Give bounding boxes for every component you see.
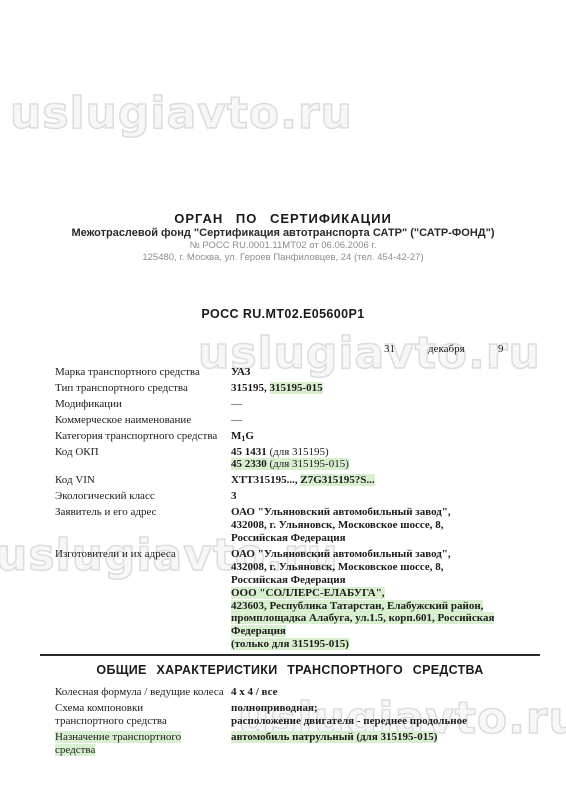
- field-label: Заявитель и его адрес: [55, 506, 231, 545]
- field-value: 45 1431 (для 315195)45 2330 (для 315195-…: [231, 446, 546, 472]
- field-value-line: ОАО "Ульяновский автомобильный завод",: [231, 506, 546, 519]
- field-value-line: 45 1431 (для 315195): [231, 446, 546, 459]
- certification-body-header: ОРГАН ПО СЕРТИФИКАЦИИ Межотраслевой фонд…: [0, 211, 566, 263]
- field-value: ОАО "Ульяновский автомобильный завод",43…: [231, 506, 546, 545]
- field-text-segment: 45 2330: [231, 458, 267, 470]
- field-value-line: 45 2330 (для 315195-015): [231, 458, 546, 471]
- org-subtitle: Межотраслевой фонд "Сертификация автотра…: [0, 226, 566, 240]
- field-text-segment: 4 х 4 / все: [231, 686, 278, 698]
- field-row: Модификации—: [55, 398, 546, 411]
- date-year-digit: 9: [498, 343, 504, 355]
- field-value-line: (только для 315195-015): [231, 638, 546, 651]
- field-value: —: [231, 414, 546, 427]
- field-value-line: автомобиль патрульный (для 315195-015): [231, 731, 546, 744]
- field-text-segment: G: [245, 430, 254, 442]
- field-value: УАЗ: [231, 366, 546, 379]
- field-label: Колесная формула / ведущие колеса: [55, 686, 231, 699]
- org-address: 125480, г. Москва, ул. Героев Панфиловце…: [0, 252, 566, 264]
- field-value: 315195, 315195-015: [231, 382, 546, 395]
- field-label-text: Колесная формула / ведущие колеса: [55, 686, 224, 698]
- field-text-segment: 432008, г. Ульяновск, Московское шоссе, …: [231, 561, 444, 573]
- field-text-segment: автомобиль патрульный (для 315195-015): [231, 731, 437, 743]
- general-characteristics-title: ОБЩИЕ ХАРАКТЕРИСТИКИ ТРАНСПОРТНОГО СРЕДС…: [40, 663, 540, 677]
- field-label-text: Марка транспортного средства: [55, 366, 200, 378]
- field-label: Марка транспортного средства: [55, 366, 231, 379]
- field-text-segment: Российская Федерация: [231, 574, 346, 586]
- field-label: Схема компоновкитранспортного средства: [55, 702, 231, 728]
- field-value: автомобиль патрульный (для 315195-015): [231, 731, 546, 757]
- field-value-line: ОАО "Ульяновский автомобильный завод",: [231, 548, 546, 561]
- field-text-segment: 315195,: [231, 382, 270, 394]
- field-value-line: —: [231, 414, 546, 427]
- field-text-segment: 3: [231, 490, 237, 502]
- field-label-text: Код ОКП: [55, 446, 99, 458]
- field-value: M1G: [231, 430, 546, 443]
- field-value: ОАО "Ульяновский автомобильный завод",43…: [231, 548, 546, 651]
- field-label-text: Модификации: [55, 398, 122, 410]
- vehicle-fields-rows: Марка транспортного средстваУАЗТип транс…: [55, 366, 546, 651]
- field-value: полноприводная;расположение двигателя - …: [231, 702, 546, 728]
- field-label-text: Заявитель и его адрес: [55, 506, 157, 518]
- field-value-line: расположение двигателя - переднее продол…: [231, 715, 546, 728]
- field-value-line: УАЗ: [231, 366, 546, 379]
- section-divider: [40, 654, 540, 656]
- field-label-text: средства: [55, 744, 95, 756]
- field-text-segment: полноприводная;: [231, 702, 318, 714]
- field-row: Назначение транспортногосредстваавтомоби…: [55, 731, 546, 757]
- org-title: ОРГАН ПО СЕРТИФИКАЦИИ: [0, 211, 566, 226]
- field-value-line: 432008, г. Ульяновск, Московское шоссе, …: [231, 561, 546, 574]
- certificate-number: РОСС RU.MT02.E05600P1: [0, 307, 566, 321]
- date-day: 31: [384, 343, 395, 355]
- field-row: Колесная формула / ведущие колеса4 х 4 /…: [55, 686, 546, 699]
- field-value-line: 4 х 4 / все: [231, 686, 546, 699]
- field-value-line: 432008, г. Ульяновск, Московское шоссе, …: [231, 519, 546, 532]
- field-row: Тип транспортного средства315195, 315195…: [55, 382, 546, 395]
- field-value-line: XTT315195..., Z7G315195?S...: [231, 474, 546, 487]
- field-text-segment: —: [231, 398, 242, 410]
- field-label-text: Коммерческое наименование: [55, 414, 191, 426]
- field-text-segment: —: [231, 414, 242, 426]
- field-row: Схема компоновкитранспортного средствапо…: [55, 702, 546, 728]
- document-page: { "watermark": { "text": "uslugiavto.ru"…: [0, 0, 566, 800]
- field-text-segment: ОАО "Ульяновский автомобильный завод",: [231, 548, 451, 560]
- field-text-segment: промплощадка Алабуга, ул.1.5, корп.601, …: [231, 612, 494, 637]
- field-text-segment: 45 1431: [231, 446, 267, 458]
- field-label: Тип транспортного средства: [55, 382, 231, 395]
- field-value-line: —: [231, 398, 546, 411]
- field-label: Изготовители и их адреса: [55, 548, 231, 651]
- field-label: Код ОКП: [55, 446, 231, 472]
- field-text-segment: ООО "СОЛЛЕРС-ЕЛАБУГА",: [231, 587, 385, 599]
- field-row: Код VINXTT315195..., Z7G315195?S...: [55, 474, 546, 487]
- field-text-segment: XTT315195...,: [231, 474, 300, 486]
- general-characteristics-rows: Колесная формула / ведущие колеса4 х 4 /…: [55, 686, 546, 757]
- field-value-line: 315195, 315195-015: [231, 382, 546, 395]
- field-label-text: Схема компоновки: [55, 702, 143, 714]
- field-value: XTT315195..., Z7G315195?S...: [231, 474, 546, 487]
- field-row: Заявитель и его адресОАО "Ульяновский ав…: [55, 506, 546, 545]
- field-text-segment: (для 315195): [267, 446, 329, 458]
- field-value-line: 423603, Республика Татарстан, Елабужский…: [231, 600, 546, 613]
- field-label-text: Тип транспортного средства: [55, 382, 188, 394]
- field-row: Изготовители и их адресаОАО "Ульяновский…: [55, 548, 546, 651]
- watermark-top: uslugiavto.ru: [10, 88, 353, 139]
- field-text-segment: расположение двигателя - переднее продол…: [231, 715, 467, 727]
- field-text-segment: ОАО "Ульяновский автомобильный завод",: [231, 506, 451, 518]
- field-text-segment: 432008, г. Ульяновск, Московское шоссе, …: [231, 519, 444, 531]
- field-label-text: Код VIN: [55, 474, 95, 486]
- field-value-line: полноприводная;: [231, 702, 546, 715]
- field-value-line: промплощадка Алабуга, ул.1.5, корп.601, …: [231, 612, 546, 638]
- field-value-line: 3: [231, 490, 546, 503]
- field-text-segment: УАЗ: [231, 366, 250, 378]
- field-value: —: [231, 398, 546, 411]
- org-registration-number: № РОСС RU.0001.11МТ02 от 06.06.2006 г.: [0, 240, 566, 252]
- field-text-segment: M: [231, 430, 241, 442]
- field-label-text: транспортного средства: [55, 715, 167, 727]
- field-text-segment: (только для 315195-015): [231, 638, 349, 650]
- field-label: Категория транспортного средства: [55, 430, 231, 443]
- field-value-line: Российская Федерация: [231, 532, 546, 545]
- field-row: Экологический класс3: [55, 490, 546, 503]
- field-value-line: Российская Федерация: [231, 574, 546, 587]
- field-label: Экологический класс: [55, 490, 231, 503]
- field-value: 3: [231, 490, 546, 503]
- field-text-segment: Z7G315195?S...: [300, 474, 374, 486]
- date-month: декабря: [428, 343, 465, 355]
- field-text-segment: (для 315195-015): [267, 458, 349, 470]
- field-row: Категория транспортного средстваM1G: [55, 430, 546, 443]
- field-row: Коммерческое наименование—: [55, 414, 546, 427]
- field-label-text: Категория транспортного средства: [55, 430, 217, 442]
- field-text-segment: 315195-015: [270, 382, 323, 394]
- field-row: Марка транспортного средстваУАЗ: [55, 366, 546, 379]
- field-value-line: M1G: [231, 430, 546, 443]
- field-label: Коммерческое наименование: [55, 414, 231, 427]
- field-label: Модификации: [55, 398, 231, 411]
- field-row: Код ОКП45 1431 (для 315195)45 2330 (для …: [55, 446, 546, 472]
- field-text-segment: Российская Федерация: [231, 532, 346, 544]
- field-text-segment: 423603, Республика Татарстан, Елабужский…: [231, 600, 483, 612]
- field-value-line: ООО "СОЛЛЕРС-ЕЛАБУГА",: [231, 587, 546, 600]
- field-label-text: Экологический класс: [55, 490, 155, 502]
- field-label: Код VIN: [55, 474, 231, 487]
- field-value: 4 х 4 / все: [231, 686, 546, 699]
- vehicle-fields-table: Марка транспортного средстваУАЗТип транс…: [55, 366, 546, 760]
- field-label-text: Назначение транспортного: [55, 731, 181, 743]
- field-label: Назначение транспортногосредства: [55, 731, 231, 757]
- field-label-text: Изготовители и их адреса: [55, 548, 176, 560]
